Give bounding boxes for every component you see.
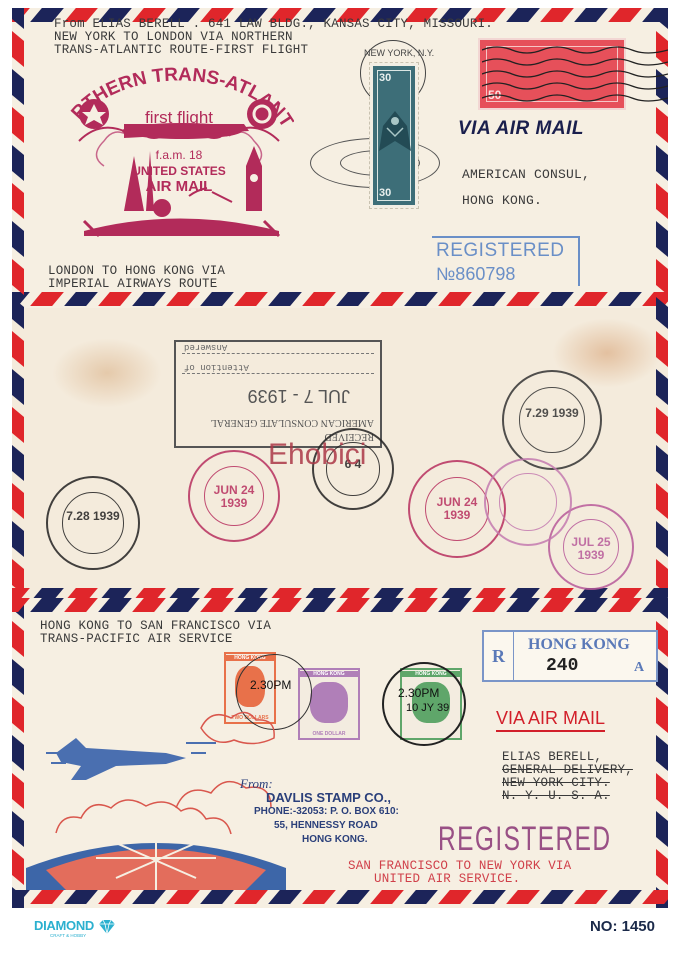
address-line-1: AMERICAN CONSUL,: [462, 168, 590, 181]
king-portrait-icon: [310, 682, 347, 723]
reg-number: 240: [546, 656, 578, 676]
watermark-text: Ehobici: [268, 438, 366, 472]
airmail-stripe: [64, 292, 98, 306]
airmail-stripe: [12, 8, 24, 29]
airmail-stripe: [98, 292, 132, 306]
airmail-stripe: [608, 292, 642, 306]
wavy-cancel-lines: [482, 42, 668, 112]
airmail-stripe: [506, 598, 540, 612]
airmail-stripe: [656, 297, 668, 308]
airmail-stripe: [438, 292, 472, 306]
airmail-stripe: [12, 221, 24, 257]
airmail-stripe: [12, 598, 30, 612]
cachet-line-2: AIR MAIL: [64, 178, 294, 195]
airmail-stripe: [12, 31, 24, 67]
route-line-4: UNITED AIR SERVICE.: [374, 873, 520, 886]
airmail-stripe: [12, 521, 24, 557]
airmail-stripe: [30, 598, 64, 612]
airmail-stripe: [336, 890, 370, 904]
airmail-stripe: [574, 890, 608, 904]
postmark-date: 7.28 1939: [48, 510, 138, 523]
postmark-date: JUL 25 1939: [550, 536, 632, 562]
airmail-stripe: [12, 308, 24, 329]
airmail-stripe: [234, 292, 268, 306]
airmail-stripe: [656, 811, 668, 847]
airmail-stripe: [166, 598, 200, 612]
airmail-stripe: [608, 598, 642, 612]
airmail-stripe: [574, 598, 608, 612]
via-air-mail-label: VIA AIR MAIL: [496, 708, 605, 732]
airmail-stripe: [12, 735, 24, 771]
received-field-1: Attention of: [184, 362, 249, 372]
airmail-stripe: [574, 8, 608, 22]
product-footer: DIAMOND CRAFT & HOBBY NO: 1450: [0, 910, 679, 960]
cachet-title: first flight: [64, 108, 294, 128]
airmail-stripe: [30, 292, 64, 306]
airmail-stripe: [64, 890, 98, 904]
cachet-fam: f.a.m. 18: [64, 148, 294, 162]
airmail-stripe: [12, 69, 24, 105]
airmail-stripe: [302, 890, 336, 904]
airmail-stripe: [370, 588, 404, 598]
airmail-stripe: [438, 588, 472, 598]
postmark: 7.29 1939: [502, 370, 602, 470]
airmail-stripe: [98, 890, 132, 904]
airmail-stripe: [472, 292, 506, 306]
airmail-stripe: [656, 445, 668, 481]
via-air-mail-label: VIA AIR MAIL: [458, 118, 584, 140]
airmail-stripe: [12, 145, 24, 181]
airmail-stripe: [574, 292, 608, 306]
airmail-stripe: [200, 598, 234, 612]
airmail-stripe: [404, 598, 438, 612]
stamp-30-cent-eagle: 30 30: [370, 63, 418, 208]
airmail-stripe: [472, 598, 506, 612]
airmail-border-bottom: [12, 890, 668, 904]
airmail-stripe: [12, 659, 24, 695]
registered-box: REGISTERED №860798: [432, 236, 580, 286]
reg-city: HONG KONG: [528, 636, 630, 654]
address-line-4: N. Y. U. S. A.: [502, 790, 610, 803]
airmail-stripe: [370, 292, 404, 306]
airmail-stripe: [268, 588, 302, 598]
airmail-stripe: [132, 890, 166, 904]
airmail-stripe: [12, 773, 24, 809]
airmail-stripe: [302, 588, 336, 598]
airmail-stripe: [656, 483, 668, 519]
registered-number: №860798: [436, 264, 515, 285]
airmail-stripe: [540, 890, 574, 904]
postmark: JUN 24 1939: [188, 450, 280, 542]
envelope-back: RECEIVED AMERICAN CONSULATE GENERAL JUL …: [12, 308, 668, 598]
airmail-stripe: [132, 292, 166, 306]
reg-letter: R: [492, 646, 505, 667]
airmail-stripe: [200, 890, 234, 904]
airmail-stripe: [404, 292, 438, 306]
first-flight-cachet: NORTHERN TRANS-ATLANTIC first flight f.a…: [64, 56, 294, 261]
eagle-icon: [377, 106, 413, 166]
airmail-border-left: [12, 598, 24, 908]
airmail-stripe: [656, 107, 668, 143]
airmail-stripe: [336, 598, 370, 612]
airmail-stripe: [656, 773, 668, 809]
registration-label: R HONG KONG 240 A: [482, 630, 658, 682]
airmail-stripe: [268, 292, 302, 306]
airmail-border-left: [12, 308, 24, 598]
airmail-stripe: [200, 588, 234, 598]
postmark-time-2: 2.30PM: [250, 678, 291, 692]
airmail-stripe: [12, 331, 24, 367]
airmail-stripe: [268, 598, 302, 612]
airmail-stripe: [234, 598, 268, 612]
airmail-stripe: [98, 588, 132, 598]
airmail-stripe: [234, 890, 268, 904]
postmark-time: 2.30PM: [398, 686, 439, 700]
airmail-stripe: [12, 107, 24, 143]
registered-handstamp: REGISTERED: [438, 820, 612, 859]
envelope-hong-kong: HONG KONG TO SAN FRANCISCO VIA TRANS-PAC…: [12, 598, 668, 908]
brand-name: DIAMOND: [34, 918, 94, 933]
from-street: 55, HENNESSY ROAD: [274, 820, 378, 831]
received-date: JUL 7 - 1939: [248, 385, 350, 406]
brand-subtitle: CRAFT & HOBBY: [50, 933, 86, 938]
airmail-stripe: [200, 292, 234, 306]
received-line-2: AMERICAN CONSULATE GENERAL: [211, 417, 374, 428]
airplane-globe-artwork-icon: [26, 698, 286, 890]
airmail-stripe: [370, 890, 404, 904]
diamond-icon: [98, 919, 116, 935]
from-company: DAVLIS STAMP CO.,: [266, 790, 391, 805]
airmail-stripe: [12, 407, 24, 443]
airmail-stripe: [12, 183, 24, 219]
airmail-stripe: [540, 588, 574, 598]
airmail-stripe: [302, 292, 336, 306]
airmail-stripe: [132, 588, 166, 598]
airmail-stripe: [608, 890, 642, 904]
airmail-stripe: [336, 292, 370, 306]
airmail-stripe: [12, 445, 24, 481]
airmail-stripe: [234, 588, 268, 598]
airmail-stripe: [12, 849, 24, 885]
airmail-stripe: [404, 588, 438, 598]
route-line-4: IMPERIAL AIRWAYS ROUTE: [48, 278, 217, 291]
postmark-date: JUN 24 1939: [190, 484, 278, 510]
airmail-stripe: [64, 598, 98, 612]
airmail-stripe: [336, 588, 370, 598]
airmail-stripe: [506, 588, 540, 598]
airmail-stripe: [166, 890, 200, 904]
airmail-stripe: [12, 697, 24, 733]
airmail-stripe: [506, 8, 540, 22]
airmail-stripe: [438, 890, 472, 904]
airmail-stripe: [12, 297, 24, 308]
airmail-stripe: [642, 598, 668, 612]
airmail-stripe: [540, 8, 574, 22]
airmail-stripe: [12, 588, 30, 598]
stamp-value: 30: [379, 187, 391, 199]
airmail-stripe: [656, 697, 668, 733]
airmail-stripe: [12, 890, 30, 904]
postmark-date: 10 JY 39: [406, 702, 449, 714]
airmail-stripe: [642, 588, 668, 598]
airmail-stripe: [12, 811, 24, 847]
airmail-stripe: [370, 598, 404, 612]
airmail-stripe: [656, 735, 668, 771]
address-line-2: HONG KONG.: [462, 194, 542, 207]
airmail-stripe: [506, 292, 540, 306]
airmail-stripe: [12, 483, 24, 519]
airmail-border-left: [12, 8, 24, 308]
airmail-stripe: [540, 598, 574, 612]
airmail-stripe: [98, 598, 132, 612]
airmail-border-top: [12, 598, 668, 612]
stamp-value-top: 30: [379, 72, 391, 84]
airmail-stripe: [506, 890, 540, 904]
airmail-stripe: [404, 890, 438, 904]
airmail-stripe: [30, 588, 64, 598]
from-city: HONG KONG.: [302, 834, 368, 845]
product-number: NO: 1450: [590, 918, 655, 935]
airmail-stripe: [438, 598, 472, 612]
airmail-stripe: [642, 890, 668, 904]
postmark-date: 7.29 1939: [504, 407, 600, 420]
stain: [52, 338, 162, 408]
registered-label: REGISTERED: [436, 240, 565, 262]
airmail-stripe: [608, 588, 642, 598]
airmail-stripe: [268, 890, 302, 904]
airmail-stripe: [302, 598, 336, 612]
airmail-stripe: [656, 521, 668, 557]
airmail-stripe: [472, 890, 506, 904]
route-line-2: TRANS-PACIFIC AIR SERVICE: [40, 633, 233, 646]
airmail-stripe: [656, 221, 668, 257]
postmark: [484, 458, 572, 546]
envelope-front: From ELIAS BERELL . 641 LAW BLDG., KANSA…: [12, 8, 668, 308]
from-phone: PHONE:-32053: P. O. BOX 610:: [254, 806, 399, 817]
airmail-stripe: [656, 183, 668, 219]
airmail-stripe: [132, 598, 166, 612]
airmail-border-bottom: [12, 292, 668, 306]
airmail-stripe: [656, 145, 668, 181]
airmail-stripe: [608, 8, 642, 22]
cachet-line-1: UNITED STATES: [64, 164, 294, 178]
airmail-stripe: [12, 259, 24, 295]
airmail-stripe: [540, 292, 574, 306]
postmark-text: NEW YORK, N.Y.: [364, 48, 434, 58]
airmail-stripe: [656, 407, 668, 443]
airmail-stripe: [166, 588, 200, 598]
airmail-stripe: [166, 292, 200, 306]
airmail-border-bottom: [12, 588, 668, 598]
airmail-stripe: [656, 8, 668, 29]
postmark: 7.28 1939: [46, 476, 140, 570]
airmail-stripe: [656, 849, 668, 885]
reg-suffix: A: [634, 660, 644, 676]
airmail-stripe: [12, 621, 24, 657]
airmail-stripe: [472, 588, 506, 598]
airmail-stripe: [30, 890, 64, 904]
airmail-stripe: [12, 369, 24, 405]
airmail-stripe: [656, 259, 668, 295]
received-field-2: Answered: [184, 342, 227, 352]
airmail-stripe: [64, 588, 98, 598]
